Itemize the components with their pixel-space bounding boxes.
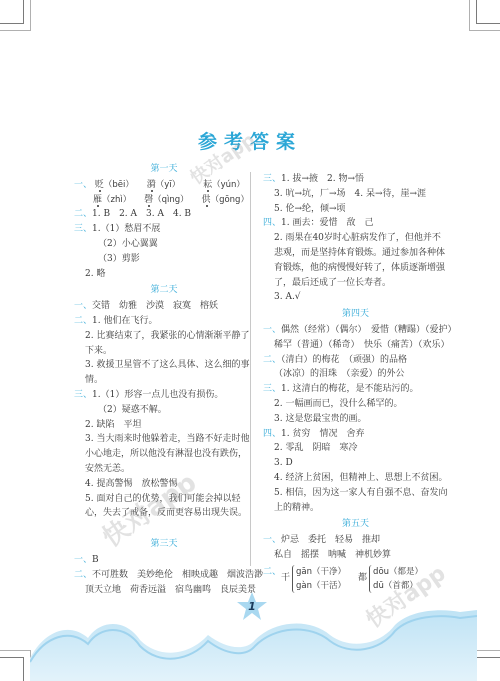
- answer-line: 私自 摇摆 呐喊 神机妙算: [263, 548, 448, 563]
- char: 漪: [147, 180, 156, 190]
- answer-line: （2）疑惑不解。: [74, 403, 254, 418]
- question-number: 一、: [74, 555, 92, 565]
- answer-line: 2. 零乱 阴暗 寒冷: [263, 441, 448, 456]
- day2-heading: 第二天: [74, 283, 254, 298]
- answer-line: 3. 这是您最宝贵的画。: [263, 412, 448, 427]
- answer-text: 不可胜数 美妙绝伦 相映成趣 烟波浩渺: [92, 570, 263, 580]
- char: 雁: [93, 195, 102, 205]
- question-number: 二、: [74, 570, 92, 580]
- answer-line: 4. 提高警惕 放松警惕: [74, 477, 254, 492]
- question-number: 三、: [74, 390, 92, 400]
- pinyin: （gōng）: [211, 195, 249, 205]
- day3-heading: 第三天: [74, 537, 254, 552]
- answer-text: 1.（1）形容一点儿也没有损伤。: [92, 390, 223, 400]
- char: 磬: [144, 195, 153, 205]
- answer-text: 炉忌 委托 轻易 推却: [281, 535, 380, 545]
- answer-line: 3. A.√: [263, 290, 448, 305]
- polyphone-group: 都 dōu（都是） dū（首都）: [358, 565, 423, 593]
- answer-text: （清白）的梅花 （顽强）的品格: [281, 355, 407, 365]
- day1-q1-row1: 一、 贬（bēi） 漪（yī） 耘（yún）: [74, 178, 254, 193]
- answer-line: 3. 救援卫星管不了这么具体、这么细的事情。: [74, 358, 254, 388]
- polyphone-char: 都: [358, 571, 367, 586]
- left-column: 第一天 一、 贬（bēi） 漪（yī） 耘（yún） 雁（zhì） 磬（qìng…: [74, 160, 254, 597]
- answer-text: 1.（1）愁眉不展: [92, 224, 160, 234]
- question-number: 三、: [263, 174, 281, 184]
- answer-text: 1. 拔→掖 2. 物→悟: [281, 174, 364, 184]
- pinyin: （yún）: [212, 180, 245, 190]
- answer-line: 2. 比赛结束了，我紧张的心情渐渐平静了下来。: [74, 329, 254, 359]
- answer-line: （2）小心翼翼: [74, 237, 254, 252]
- answer-line: 5. 伦→纶，倾→顷: [263, 202, 448, 217]
- answer-text: 1. B 2. A 3. A 4. B: [92, 209, 191, 219]
- day4-q1: 一、偶然（经常）（偶尔） 爱惜（糟蹋）（爱护）: [263, 323, 448, 338]
- question-number: 四、: [263, 429, 281, 439]
- page-title: 参考答案: [0, 127, 500, 154]
- question-number: 二、: [74, 316, 92, 326]
- question-number: 三、: [263, 384, 281, 394]
- answer-line: 2. 略: [74, 267, 254, 282]
- answer-text: B: [92, 555, 99, 565]
- day3-q3: 三、1. 拔→掖 2. 物→悟: [263, 172, 448, 187]
- question-number: 一、: [263, 325, 281, 335]
- pinyin: （qìng）: [153, 195, 189, 205]
- answer-line: 2. 缺陷 平坦: [74, 418, 254, 433]
- polyphone-group: 干 gān（干净） gàn（干活）: [281, 565, 346, 593]
- answer-line: 5. 面对自己的优势，我们可能会掉以轻心，失去了戒备，反而更容易出现失误。: [74, 492, 254, 522]
- question-number: 二、: [263, 565, 281, 580]
- answer-line: 5. 相信，因为这一家人有自强不息、奋发向上的精神。: [263, 486, 448, 516]
- question-number: 二、: [74, 209, 92, 219]
- question-number: 一、: [263, 535, 281, 545]
- char: 贬: [95, 180, 104, 190]
- answer-line: 3. 当大雨来时他躲着走，当路不好走时他小心地走，所以他没有淋湿也没有跌伤，安然…: [74, 432, 254, 476]
- answer-text: 1. 贫穷 情况 舍弃: [281, 429, 364, 439]
- answer-text: 交错 幼雅 沙漠 寂寞 榕妖: [92, 301, 218, 311]
- pinyin: （zhì）: [102, 195, 131, 205]
- answer-line: 稀罕（普通）（稀奇） 快乐（痛苦）（欢乐）: [263, 338, 448, 353]
- answer-line: 4. 经济上贫困，但精神上、思想上不贫困。: [263, 471, 448, 486]
- day1-q1-row2: 雁（zhì） 磬（qìng） 供（gōng）: [74, 193, 254, 208]
- answer-line: 2. 一幅画而已，没什么稀罕的。: [263, 397, 448, 412]
- day3-q4: 四、1. 画去：爱惜 敌 己: [263, 216, 448, 231]
- day4-heading: 第四天: [263, 307, 448, 322]
- crop-mark-bottom-right-inner: [476, 657, 500, 681]
- day1-q3: 三、1.（1）愁眉不展: [74, 222, 254, 237]
- question-number: 四、: [263, 218, 281, 228]
- day2-q2: 二、1. 他们在飞行。: [74, 314, 254, 329]
- question-number: 一、: [74, 180, 92, 190]
- answer-line: 2. 雨果在40岁时心脏病发作了，但他并不悲观，而是坚持体育锻炼。通过参加各种体…: [263, 231, 448, 290]
- reading: dōu（都是）: [373, 565, 423, 579]
- day2-q3: 三、1.（1）形容一点儿也没有损伤。: [74, 388, 254, 403]
- day4-q2: 二、（清白）的梅花 （顽强）的品格: [263, 353, 448, 368]
- page-number: 1: [242, 600, 262, 613]
- crop-mark-top-right-inner: [476, 0, 500, 24]
- crop-mark-top-left-inner: [0, 0, 24, 24]
- pinyin: （bēi）: [104, 180, 134, 190]
- answer-text: 1. 他们在飞行。: [92, 316, 157, 326]
- answer-text: 1. 这清白的梅花，是不能玷污的。: [281, 384, 418, 394]
- brace-icon: dōu（都是） dū（首都）: [369, 565, 423, 593]
- question-number: 二、: [263, 355, 281, 365]
- day1-heading: 第一天: [74, 162, 254, 177]
- day3-q2: 二、不可胜数 美妙绝伦 相映成趣 烟波浩渺: [74, 568, 254, 583]
- answer-text: 1. 画去：爱惜 敌 己: [281, 218, 373, 228]
- answer-line: 3. D: [263, 456, 448, 471]
- pinyin: （yī）: [156, 180, 180, 190]
- right-column: 三、1. 拔→掖 2. 物→悟 3. 吭→坑，厂→场 4. 呆→待，崖→涯 5.…: [263, 172, 448, 593]
- answer-line: （冰凉）的泪珠 （亲爱）的外公: [263, 367, 448, 382]
- day4-q3: 三、1. 这清白的梅花，是不能玷污的。: [263, 382, 448, 397]
- reading: gān（干净）: [296, 565, 346, 579]
- day1-q2: 二、1. B 2. A 3. A 4. B: [74, 207, 254, 222]
- answer-text: 偶然（经常）（偶尔） 爱惜（糟蹋）（爱护）: [281, 325, 457, 335]
- answer-line: （3）剪影: [74, 252, 254, 267]
- char: 耘: [203, 180, 212, 190]
- question-number: 一、: [74, 301, 92, 311]
- char: 供: [202, 195, 211, 205]
- question-number: 三、: [74, 224, 92, 234]
- day5-q2: 二、 干 gān（干净） gàn（干活） 都 dōu（都是） dū（首都）: [263, 565, 448, 593]
- answer-line: 3. 吭→坑，厂→场 4. 呆→待，崖→涯: [263, 187, 448, 202]
- day5-heading: 第五天: [263, 517, 448, 532]
- day5-q1: 一、炉忌 委托 轻易 推却: [263, 533, 448, 548]
- day2-q1: 一、交错 幼雅 沙漠 寂寞 榕妖: [74, 299, 254, 314]
- polyphone-char: 干: [281, 571, 290, 586]
- day4-q4: 四、1. 贫穷 情况 舍弃: [263, 427, 448, 442]
- brace-icon: gān（干净） gàn（干活）: [292, 565, 346, 593]
- day3-q1: 一、B: [74, 553, 254, 568]
- crop-mark-bottom-left-inner: [0, 657, 24, 681]
